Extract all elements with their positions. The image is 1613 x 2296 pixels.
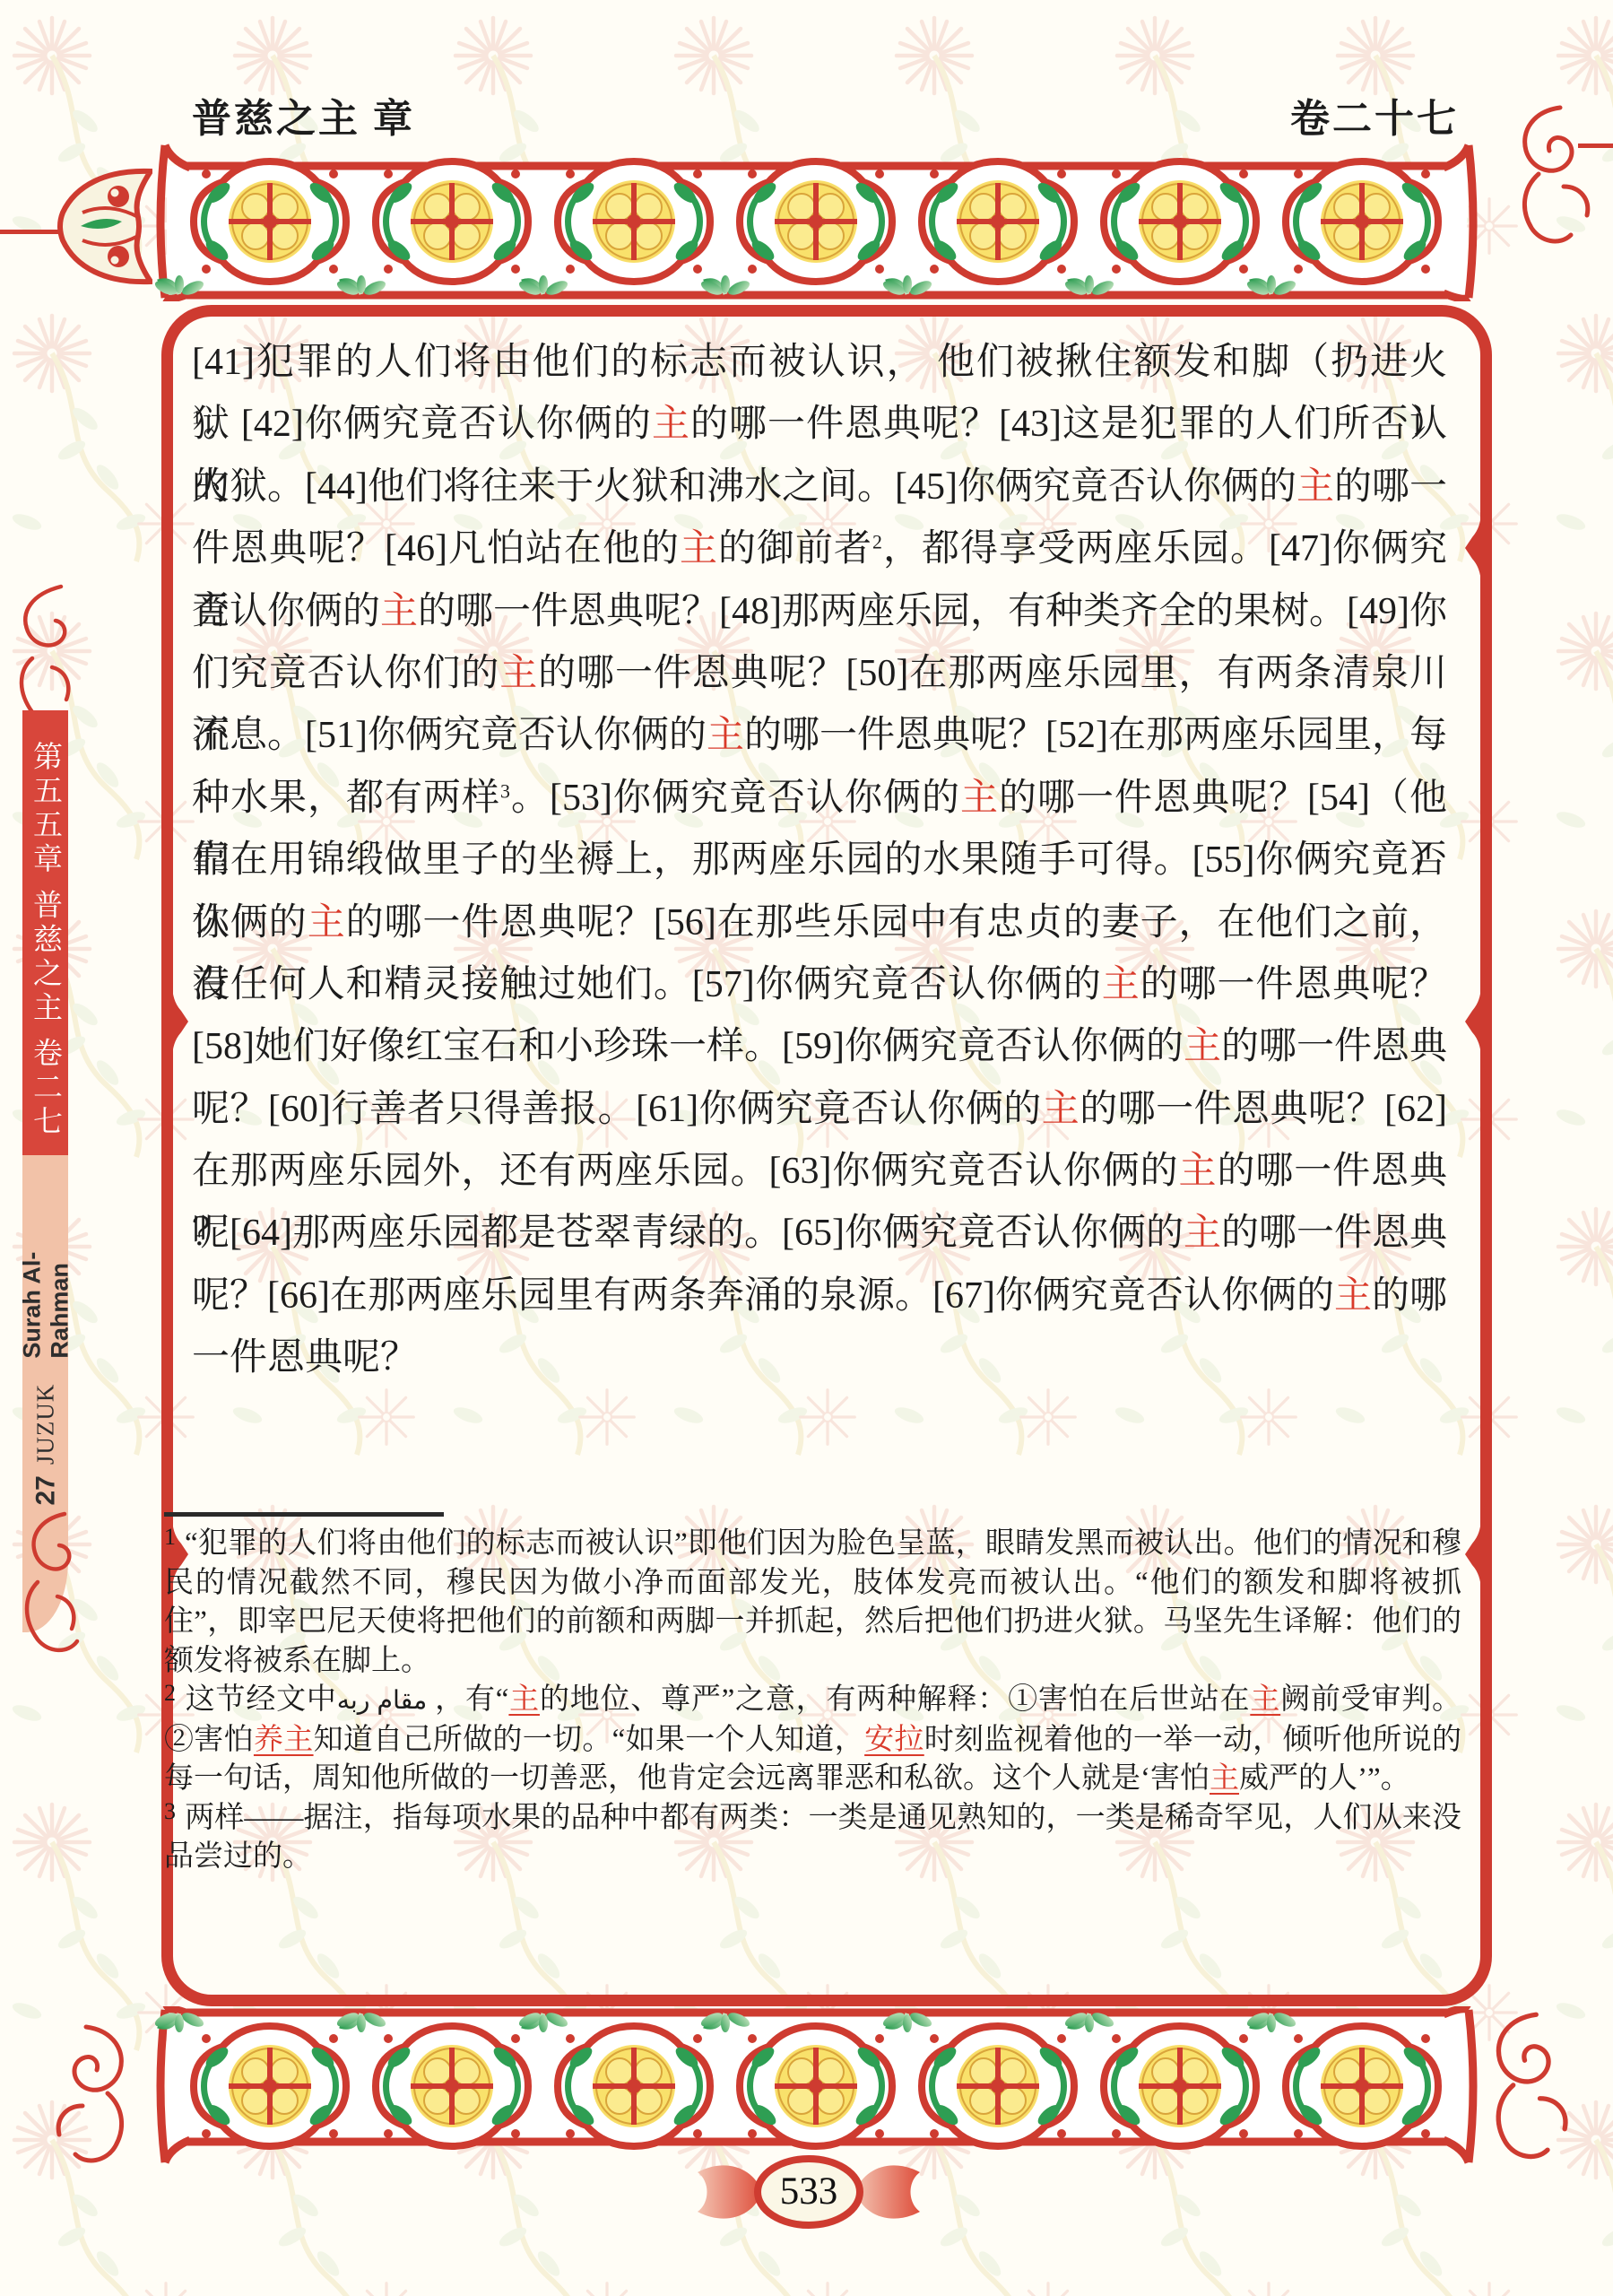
edge-rule-left	[0, 230, 59, 234]
footnote-separator	[164, 1512, 444, 1517]
body-line: 靠在用锦缎做里子的坐褥上，那两座乐园的水果随手可得。[55]你俩究竟否认	[192, 830, 1447, 891]
chapter-tab-title: 第五五章 普慈之主 卷二七	[24, 741, 66, 1140]
juz-tab-label: 27 JUZUK Surah Al-Rahman	[23, 1167, 69, 1552]
juz-word: JUZUK	[32, 1384, 60, 1465]
frame-pinch-ornament	[1456, 962, 1492, 1081]
corner-scroll-ornament	[1483, 2011, 1582, 2163]
footnote-marker: 2	[164, 1680, 176, 1706]
tab-scroll-top-ornament	[5, 581, 74, 716]
tab-scroll-bottom-ornament	[13, 1507, 84, 1659]
running-head-juz: 卷二十七	[1290, 86, 1459, 143]
frame-pinch-ornament	[1456, 489, 1492, 607]
body-line: 你俩的主的哪一件恩典呢？[56]在那些乐园中有忠贞的妻子，在他们之前，没	[192, 892, 1447, 954]
footnote: 3两样——据注，指每项水果的品种中都有两类：一类是通见熟知的，一类是稀奇罕见，人…	[164, 1799, 1461, 1877]
body-line: 一件恩典呢？	[192, 1327, 1447, 1389]
footnotes: 1“犯罪的人们将由他们的标志而被认识”即他们因为脸色呈蓝，眼睛发黑而被认出。他们…	[164, 1525, 1461, 1877]
frame-pinch-ornament	[1456, 1495, 1492, 1613]
body-line: 有任何人和精灵接触过她们。[57]你俩究竟否认你俩的主的哪一件恩典呢？	[192, 954, 1447, 1016]
footnote-marker: 1	[164, 1524, 176, 1550]
footnote: 1“犯罪的人们将由他们的标志而被认识”即他们因为脸色呈蓝，眼睛发黑而被认出。他们…	[164, 1525, 1461, 1681]
lotus-corner-ornament	[56, 166, 152, 287]
quran-page: 普慈之主 章 卷二十七 第五五章 普慈之主 卷二七	[0, 0, 1613, 2296]
corner-scroll-ornament	[1512, 104, 1601, 248]
body-line: [41]犯罪的人们将由他们的标志而被认识， 他们被揪住额发和脚（扔进火狱）	[192, 332, 1447, 394]
body-line: 们究竟否认你们的主的哪一件恩典呢？[50]在那两座乐园里，有两条清泉川流	[192, 643, 1447, 705]
ornamental-border-bottom	[154, 2006, 1479, 2166]
body-line: 1。[42]你俩究竟否认你俩的主的哪一件恩典呢？[43]这是犯罪的人们所否认的	[192, 394, 1447, 456]
body-line: 种水果，都有两样3。[53]你俩究竟否认你俩的主的哪一件恩典呢？[54]（他们）	[192, 768, 1447, 830]
juz-number: 27	[30, 1475, 61, 1505]
body-line: [58]她们好像红宝石和小珍珠一样。[59]你俩究竟否认你俩的主的哪一件恩典	[192, 1016, 1447, 1078]
body-line: ？[64]那两座乐园都是苍翠青绿的。[65]你俩究竟否认你俩的主的哪一件恩典	[192, 1203, 1447, 1265]
surah-name-latin: Surah Al-Rahman	[18, 1167, 74, 1359]
body-line: 件恩典呢？[46]凡怕站在他的主的御前者2，都得享受两座乐园。[47]你俩究竟	[192, 518, 1447, 580]
footnote: 2这节经文中مقام ربه ，有“主的地位、尊严”之意，有两种解释：①害怕在后…	[164, 1681, 1461, 1799]
body-line: 呢？[60]行善者只得善报。[61]你俩究竟否认你俩的主的哪一件恩典呢？[62]	[192, 1079, 1447, 1141]
body-lines: [41]犯罪的人们将由他们的标志而被认识， 他们被揪住额发和脚（扔进火狱）1。[…	[192, 332, 1447, 1390]
footnote-marker: 3	[164, 1798, 176, 1824]
body-line: 在那两座乐园外，还有两座乐园。[63]你俩究竟否认你俩的主的哪一件恩典呢	[192, 1141, 1447, 1203]
page-number: 533	[690, 2170, 927, 2213]
body-line: 呢？[66]在那两座乐园里有两条奔涌的泉源。[67]你俩究竟否认你俩的主的哪	[192, 1265, 1447, 1327]
corner-scroll-ornament	[45, 2023, 134, 2167]
running-head-surah: 普慈之主 章	[192, 86, 415, 143]
body-line: 否认你俩的主的哪一件恩典呢？[48]那两座乐园，有种类齐全的果树。[49]你	[192, 581, 1447, 643]
body-line: 火狱。[44]他们将往来于火狱和沸水之间。[45]你俩究竟否认你俩的主的哪一	[192, 457, 1447, 518]
chapter-tab: 第五五章 普慈之主 卷二七	[22, 710, 68, 1156]
body-line: 不息。[51]你俩究竟否认你俩的主的哪一件恩典呢？[52]在那两座乐园里，每	[192, 705, 1447, 767]
ornamental-border-top	[154, 142, 1479, 301]
